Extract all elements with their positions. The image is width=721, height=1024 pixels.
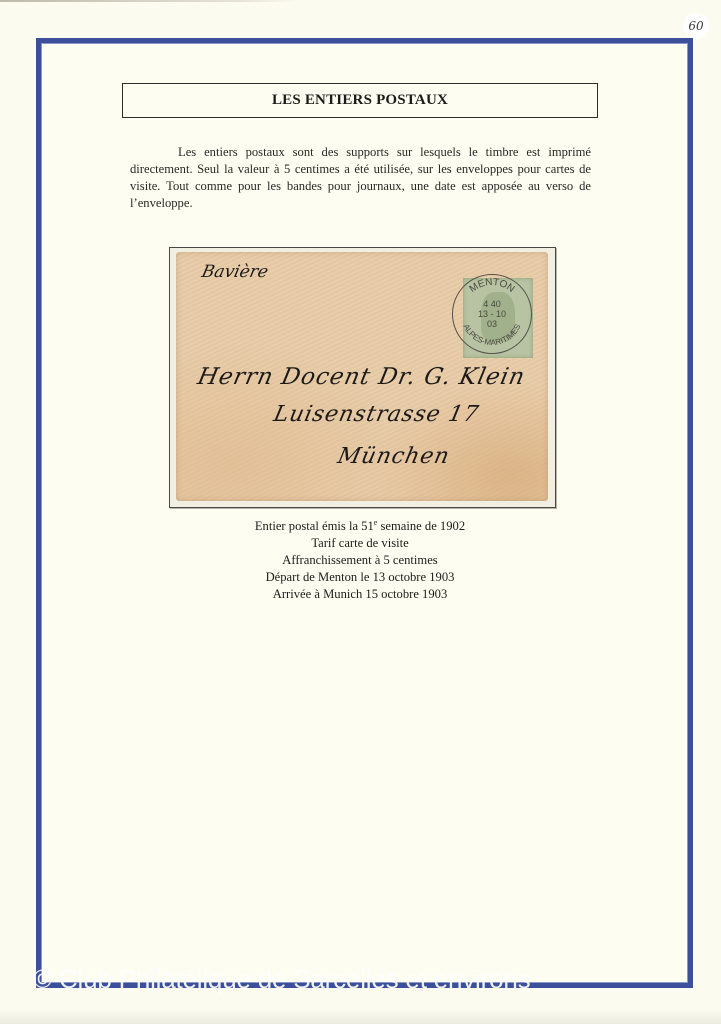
envelope-image: MENTON ALPES-MARITIMES 4 40 13 - 10 03 B…: [176, 252, 548, 501]
svg-text:MENTON: MENTON: [468, 277, 517, 295]
envelope-caption: Entier postal émis la 51e semaine de 190…: [150, 514, 570, 603]
postmark-date: 13 - 10: [453, 309, 531, 319]
page-title: LES ENTIERS POSTAUX: [122, 83, 598, 118]
caption-line: Tarif carte de visite: [150, 535, 570, 552]
caption-line: Affranchissement à 5 centimes: [150, 552, 570, 569]
caption-text: Entier postal émis la 51: [255, 519, 374, 533]
caption-line: Arrivée à Munich 15 octobre 1903: [150, 586, 570, 603]
postmark-time: 4 40: [453, 299, 531, 309]
handwritten-address-line: Luisenstrasse 17: [271, 402, 481, 427]
handwritten-address-line: München: [335, 444, 452, 469]
envelope-mount: MENTON ALPES-MARITIMES 4 40 13 - 10 03 B…: [169, 247, 556, 508]
scan-bottom-edge: [0, 1010, 721, 1024]
intro-paragraph: Les entiers postaux sont des supports su…: [130, 144, 591, 212]
scan-edge: [0, 0, 300, 2]
caption-line: Départ de Menton le 13 octobre 1903: [150, 569, 570, 586]
handwritten-address-line: Herrn Docent Dr. G. Klein: [195, 364, 527, 390]
copyright-watermark: © Club Philatélique de Sarcelles et envi…: [33, 966, 530, 992]
page-number: 60: [683, 13, 709, 39]
caption-text: semaine de 1902: [377, 519, 465, 533]
handwritten-region: Bavière: [200, 262, 270, 282]
postmark-city: MENTON: [468, 277, 517, 295]
postmark: MENTON ALPES-MARITIMES 4 40 13 - 10 03: [452, 274, 532, 354]
caption-line: Entier postal émis la 51e semaine de 190…: [150, 514, 570, 535]
postmark-date-block: 4 40 13 - 10 03: [453, 299, 531, 329]
postmark-year: 03: [453, 319, 531, 329]
